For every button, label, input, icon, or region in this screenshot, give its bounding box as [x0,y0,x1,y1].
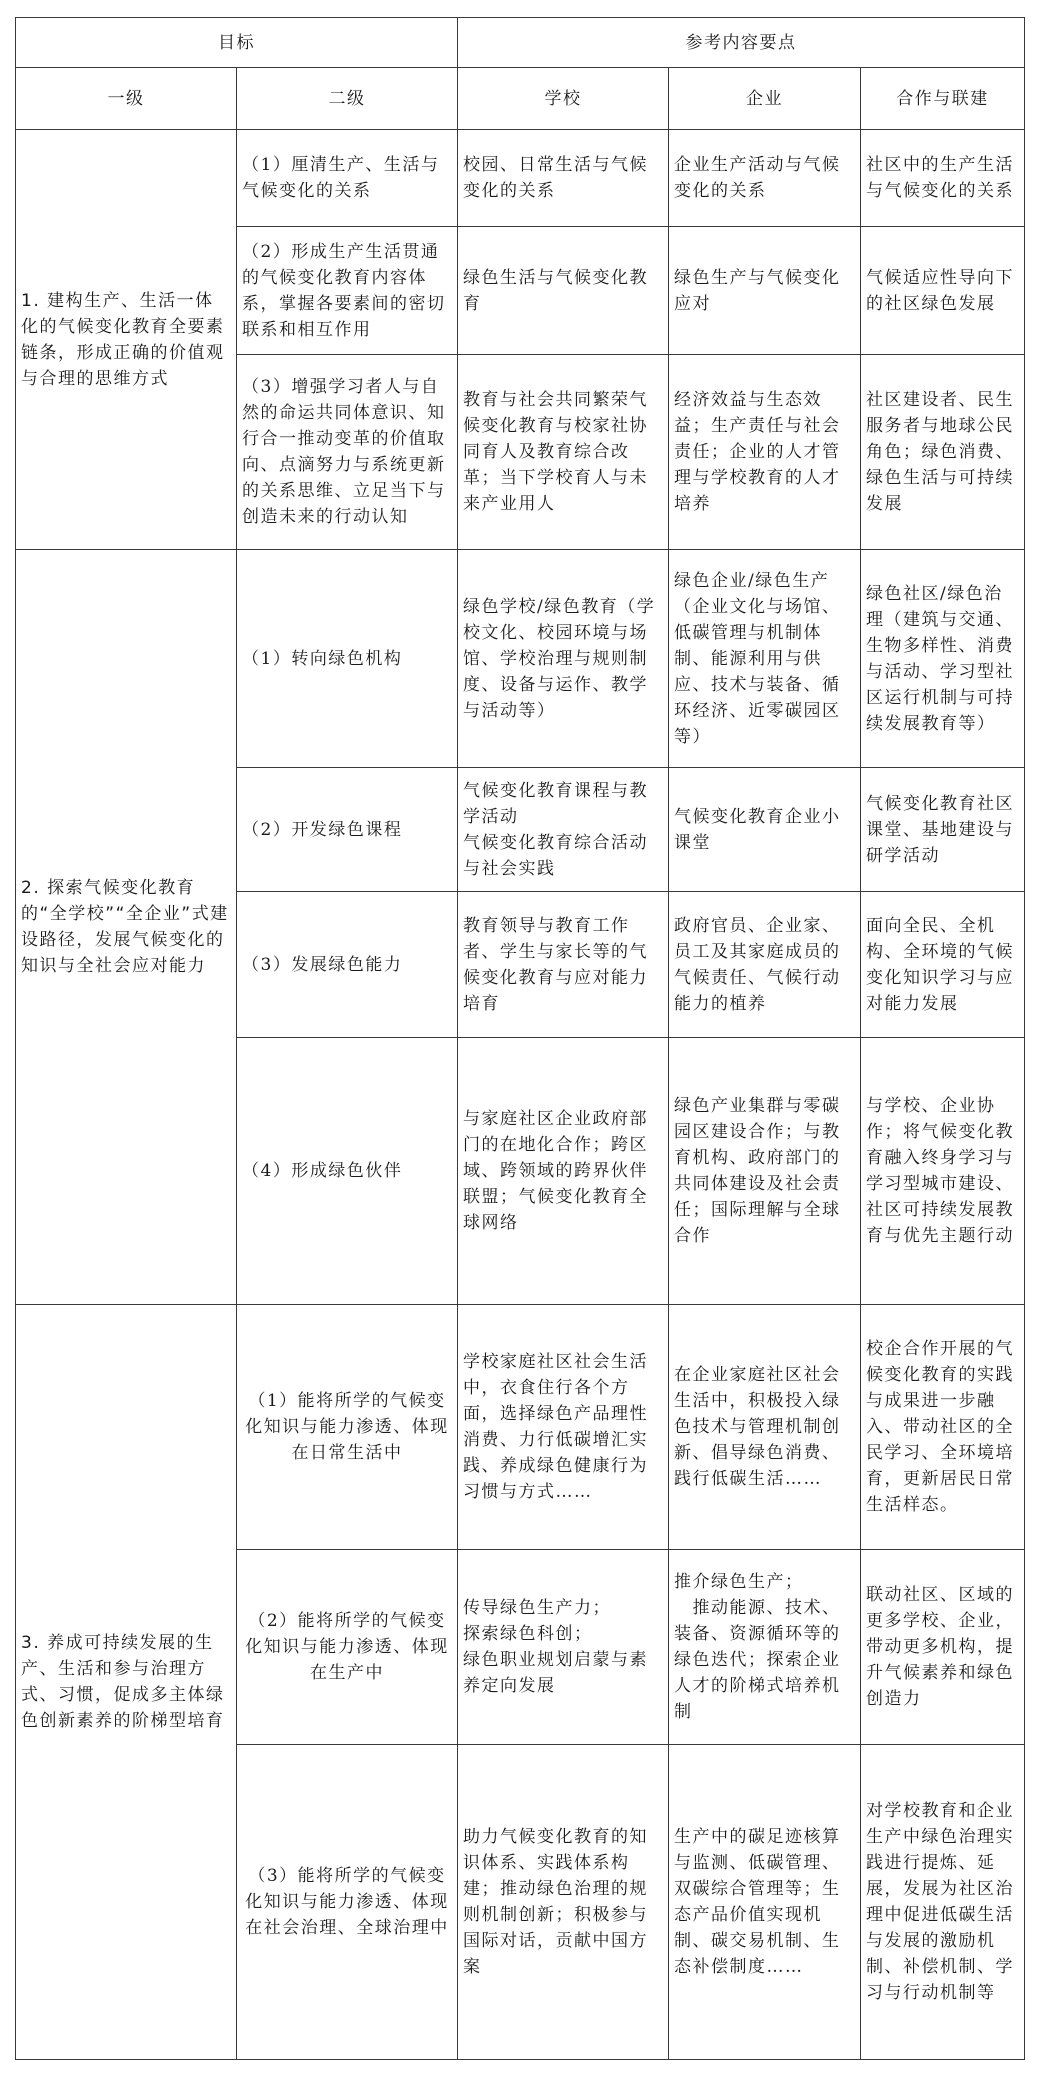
header-reference-points: 参考内容要点 [458,18,1025,68]
level2-goal: （3）发展绿色能力 [237,892,458,1038]
school-cell: 气候变化教育课程与教学活动 气候变化教育综合活动与社会实践 [458,768,669,892]
school-cell: 传导绿色生产力； 探索绿色科创； 绿色职业规划启蒙与素养定向发展 [458,1550,669,1745]
cooperation-cell: 对学校教育和企业生产中绿色治理实践进行提炼、延展，发展为社区治理中促进低碳生活与… [861,1745,1025,2060]
cooperation-cell: 气候适应性导向下的社区绿色发展 [861,227,1025,355]
level1-goal-1: 1. 建构生产、生活一体化的气候变化教育全要素链条，形成正确的价值观与合理的思维… [16,130,237,550]
cooperation-cell: 绿色社区/绿色治理（建筑与交通、生物多样性、消费与活动、学习型社区运行机制与可持… [861,550,1025,768]
level2-goal: （2）能将所学的气候变化知识与能力渗透、体现在生产中 [237,1550,458,1745]
table-row: 3. 养成可持续发展的生产、生活和参与治理方式、习惯，促成多主体绿色创新素养的阶… [16,1305,1025,1550]
header-row-columns: 一级 二级 学校 企业 合作与联建 [16,68,1025,130]
enterprise-cell: 政府官员、企业家、员工及其家庭成员的气候责任、气候行动能力的植养 [669,892,861,1038]
enterprise-cell: 绿色产业集群与零碳园区建设合作；与教育机构、政府部门的共同体建设及社会责任；国际… [669,1038,861,1305]
level2-goal: （3）增强学习者人与自然的命运共同体意识、知行合一推动变革的价值取向、点滴努力与… [237,355,458,550]
header-goal: 目标 [16,18,458,68]
cooperation-cell: 联动社区、区域的更多学校、企业，带动更多机构，提升气候素养和绿色创造力 [861,1550,1025,1745]
school-cell: 教育领导与教育工作者、学生与家长等的气候变化教育与应对能力培育 [458,892,669,1038]
school-cell: 与家庭社区企业政府部门的在地化合作；跨区域、跨领域的跨界伙伴联盟；气候变化教育全… [458,1038,669,1305]
level2-goal: （3）能将所学的气候变化知识与能力渗透、体现在社会治理、全球治理中 [237,1745,458,2060]
enterprise-cell: 经济效益与生态效益；生产责任与社会责任；企业的人才管理与学校教育的人才培养 [669,355,861,550]
table-row: 1. 建构生产、生活一体化的气候变化教育全要素链条，形成正确的价值观与合理的思维… [16,130,1025,227]
header-level1: 一级 [16,68,237,130]
level2-goal: （1）转向绿色机构 [237,550,458,768]
cooperation-cell: 社区中的生产生活与气候变化的关系 [861,130,1025,227]
enterprise-cell: 气候变化教育企业小课堂 [669,768,861,892]
level2-goal: （1）厘清生产、生活与气候变化的关系 [237,130,458,227]
cooperation-cell: 社区建设者、民生服务者与地球公民角色；绿色消费、绿色生活与可持续发展 [861,355,1025,550]
level2-goal: （2）形成生产生活贯通的气候变化教育内容体系，掌握各要素间的密切联系和相互作用 [237,227,458,355]
header-cooperation: 合作与联建 [861,68,1025,130]
cooperation-cell: 面向全民、全机构、全环境的气候变化知识学习与应对能力发展 [861,892,1025,1038]
school-cell: 绿色学校/绿色教育（学校文化、校园环境与场馆、学校治理与规则制度、设备与运作、教… [458,550,669,768]
enterprise-cell: 生产中的碳足迹核算与监测、低碳管理、双碳综合管理等；生态产品价值实现机制、碳交易… [669,1745,861,2060]
enterprise-cell: 在企业家庭社区社会生活中，积极投入绿色技术与管理机制创新、倡导绿色消费、践行低碳… [669,1305,861,1550]
school-cell: 教育与社会共同繁荣气候变化教育与校家社协同育人及教育综合改革；当下学校育人与未来… [458,355,669,550]
table-row: 2. 探索气候变化教育的“全学校”“全企业”式建设路径，发展气候变化的知识与全社… [16,550,1025,768]
header-enterprise: 企业 [669,68,861,130]
header-row-group: 目标 参考内容要点 [16,18,1025,68]
school-cell: 学校家庭社区社会生活中，衣食住行各个方面，选择绿色产品理性消费、力行低碳增汇实践… [458,1305,669,1550]
school-cell: 助力气候变化教育的知识体系、实践体系构建；推动绿色治理的规则机制创新；积极参与国… [458,1745,669,2060]
level2-goal: （2）开发绿色课程 [237,768,458,892]
header-school: 学校 [458,68,669,130]
level2-goal: （4）形成绿色伙伴 [237,1038,458,1305]
cooperation-cell: 校企合作开展的气候变化教育的实践与成果进一步融入、带动社区的全民学习、全环境培育… [861,1305,1025,1550]
enterprise-cell: 绿色生产与气候变化应对 [669,227,861,355]
cooperation-cell: 气候变化教育社区课堂、基地建设与研学活动 [861,768,1025,892]
level1-goal-2: 2. 探索气候变化教育的“全学校”“全企业”式建设路径，发展气候变化的知识与全社… [16,550,237,1305]
school-cell: 校园、日常生活与气候变化的关系 [458,130,669,227]
level2-goal: （1）能将所学的气候变化知识与能力渗透、体现在日常生活中 [237,1305,458,1550]
enterprise-cell: 绿色企业/绿色生产（企业文化与场馆、低碳管理与机制体制、能源利用与供应、技术与装… [669,550,861,768]
enterprise-cell: 推介绿色生产； 推动能源、技术、装备、资源循环等的绿色迭代；探索企业人才的阶梯式… [669,1550,861,1745]
enterprise-cell: 企业生产活动与气候变化的关系 [669,130,861,227]
goals-reference-table: 目标 参考内容要点 一级 二级 学校 企业 合作与联建 1. 建构生产、生活一体… [15,17,1025,2060]
header-level2: 二级 [237,68,458,130]
school-cell: 绿色生活与气候变化教育 [458,227,669,355]
level1-goal-3: 3. 养成可持续发展的生产、生活和参与治理方式、习惯，促成多主体绿色创新素养的阶… [16,1305,237,2060]
cooperation-cell: 与学校、企业协作；将气候变化教育融入终身学习与学习型城市建设、社区可持续发展教育… [861,1038,1025,1305]
